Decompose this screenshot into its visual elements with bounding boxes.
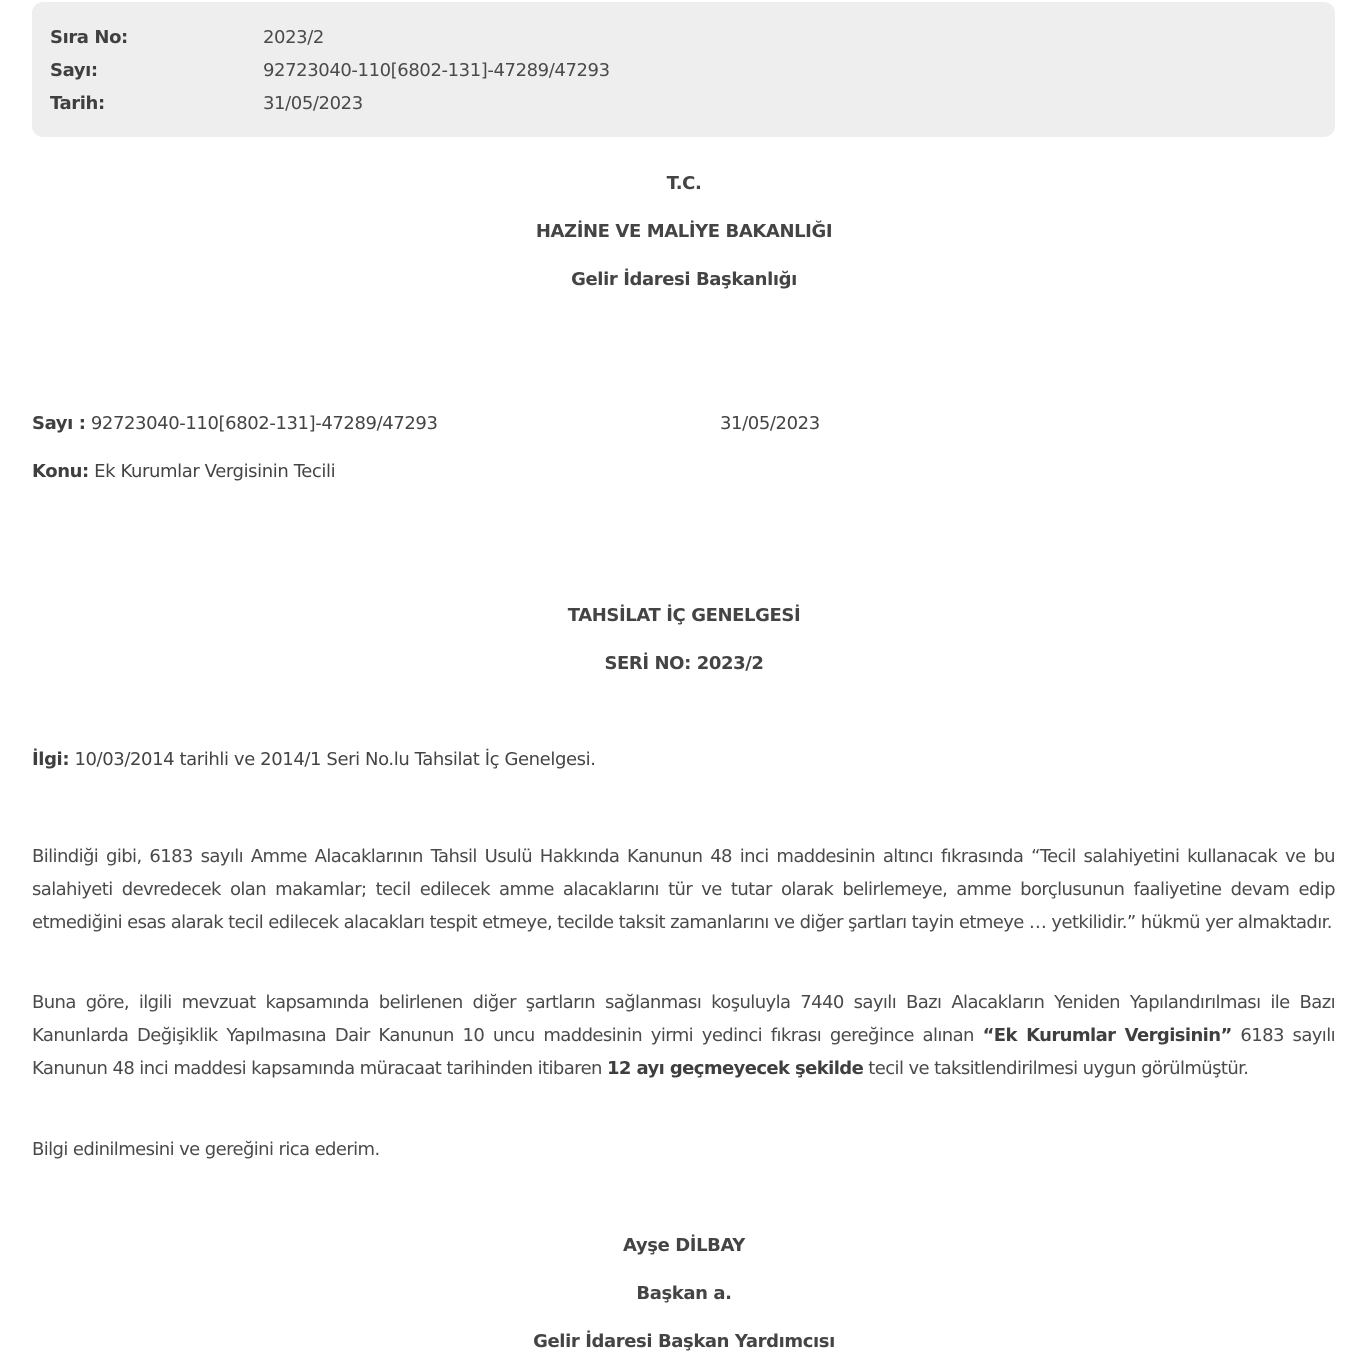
header-ministry: HAZİNE VE MALİYE BAKANLIĞI: [0, 220, 1368, 244]
header-tc: T.C.: [0, 172, 1368, 196]
body-paragraph-1: Bilindiği gibi, 6183 sayılı Amme Alacakl…: [32, 840, 1335, 939]
reference-konu: Konu: Ek Kurumlar Vergisinin Tecili: [32, 460, 335, 484]
meta-label: Sayı:: [50, 54, 98, 87]
meta-value: 92723040-110[6802-131]-47289/47293: [263, 54, 610, 87]
document-series-no: SERİ NO: 2023/2: [0, 652, 1368, 676]
paragraph-2-bold-duration: 12 ayı geçmeyecek şekilde: [607, 1058, 863, 1079]
ilgi-line: İlgi: 10/03/2014 tarihli ve 2014/1 Seri …: [32, 748, 596, 772]
signature-name: Ayşe DİLBAY: [0, 1234, 1368, 1258]
meta-label: Tarih:: [50, 87, 105, 120]
document-meta-box: Sıra No: 2023/2 Sayı: 92723040-110[6802-…: [32, 2, 1335, 137]
reference-sayi-label: Sayı :: [32, 413, 86, 434]
signature-position: Gelir İdaresi Başkan Yardımcısı: [0, 1330, 1368, 1354]
reference-sayi-value: 92723040-110[6802-131]-47289/47293: [86, 413, 438, 434]
meta-label: Sıra No:: [50, 21, 128, 54]
reference-date: 31/05/2023: [720, 412, 820, 436]
reference-konu-value: Ek Kurumlar Vergisinin Tecili: [89, 461, 335, 482]
document-page: Sıra No: 2023/2 Sayı: 92723040-110[6802-…: [0, 0, 1368, 1370]
body-paragraph-3: Bilgi edinilmesini ve gereğini rica eder…: [32, 1133, 1335, 1166]
ilgi-label: İlgi:: [32, 749, 69, 770]
meta-value: 31/05/2023: [263, 87, 363, 120]
ilgi-value: 10/03/2014 tarihli ve 2014/1 Seri No.lu …: [69, 749, 595, 770]
reference-konu-label: Konu:: [32, 461, 89, 482]
signature-title: Başkan a.: [0, 1282, 1368, 1306]
paragraph-2-text: tecil ve taksitlendirilmesi uygun görülm…: [863, 1058, 1248, 1079]
header-department: Gelir İdaresi Başkanlığı: [0, 268, 1368, 292]
body-paragraph-2: Buna göre, ilgili mevzuat kapsamında bel…: [32, 986, 1335, 1085]
document-title: TAHSİLAT İÇ GENELGESİ: [0, 604, 1368, 628]
paragraph-2-bold-tax-name: “Ek Kurumlar Vergisinin”: [983, 1025, 1232, 1046]
reference-sayi: Sayı : 92723040-110[6802-131]-47289/4729…: [32, 412, 438, 436]
meta-value: 2023/2: [263, 21, 324, 54]
